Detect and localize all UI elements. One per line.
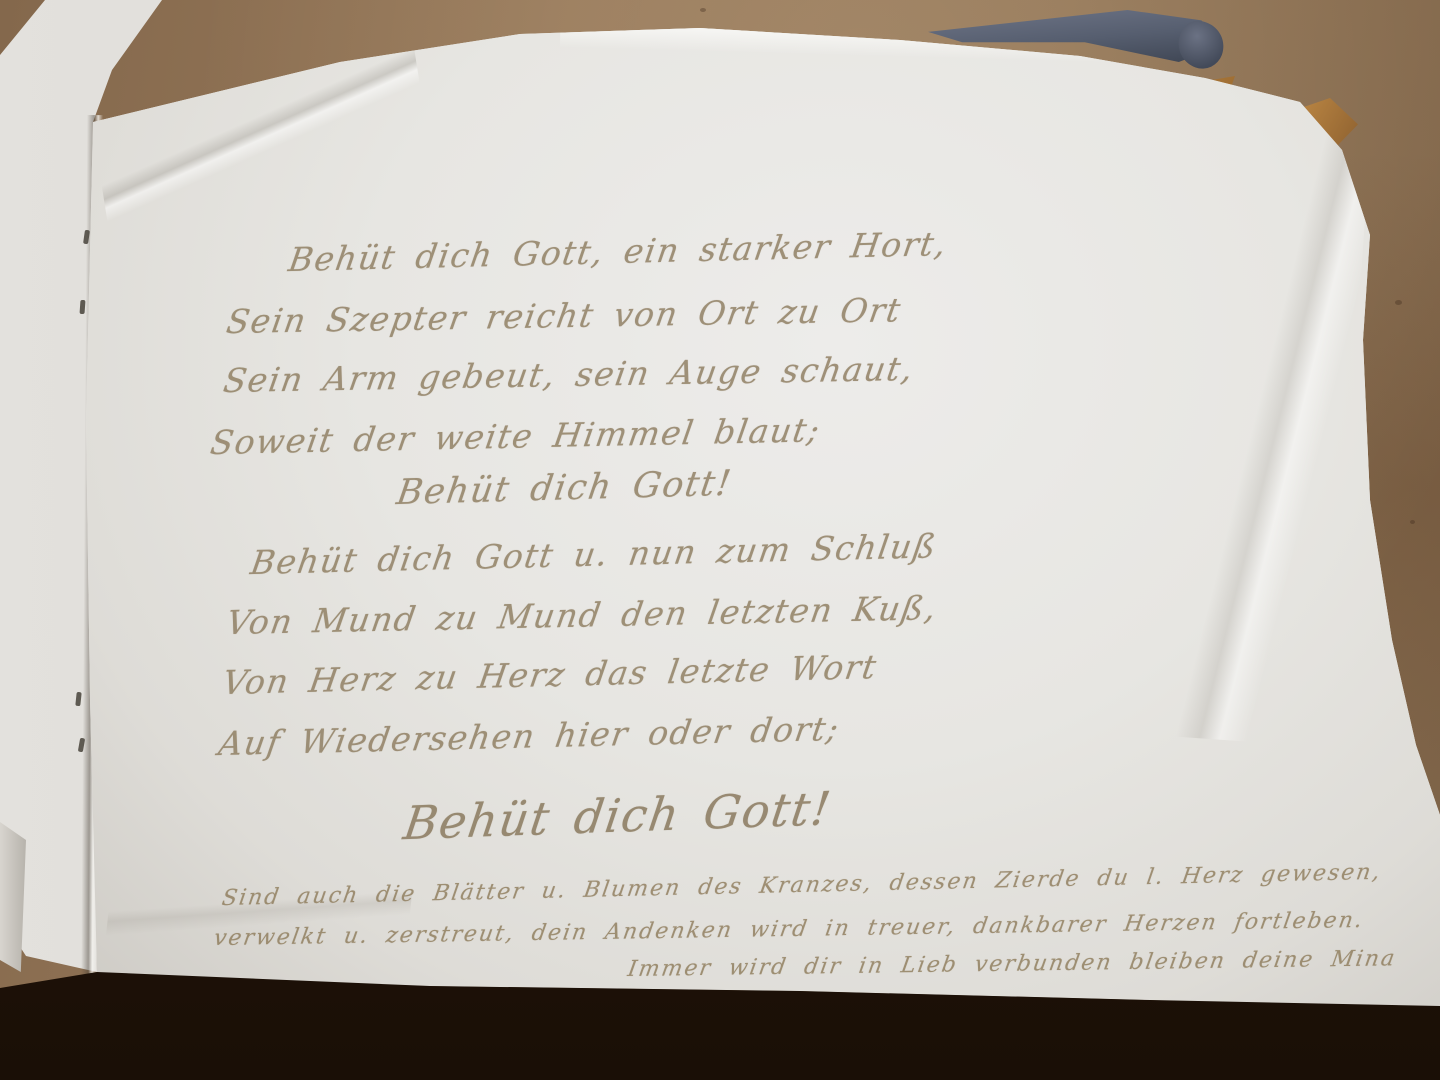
photo-album-open-page: Behüt dich Gott, ein starker Hort, Sein … bbox=[0, 0, 1440, 1080]
table-speck bbox=[1395, 300, 1402, 305]
page-crease bbox=[1099, 113, 1372, 748]
binding-stitch bbox=[80, 300, 86, 314]
table-speck bbox=[700, 8, 706, 12]
table-speck bbox=[1410, 520, 1415, 524]
